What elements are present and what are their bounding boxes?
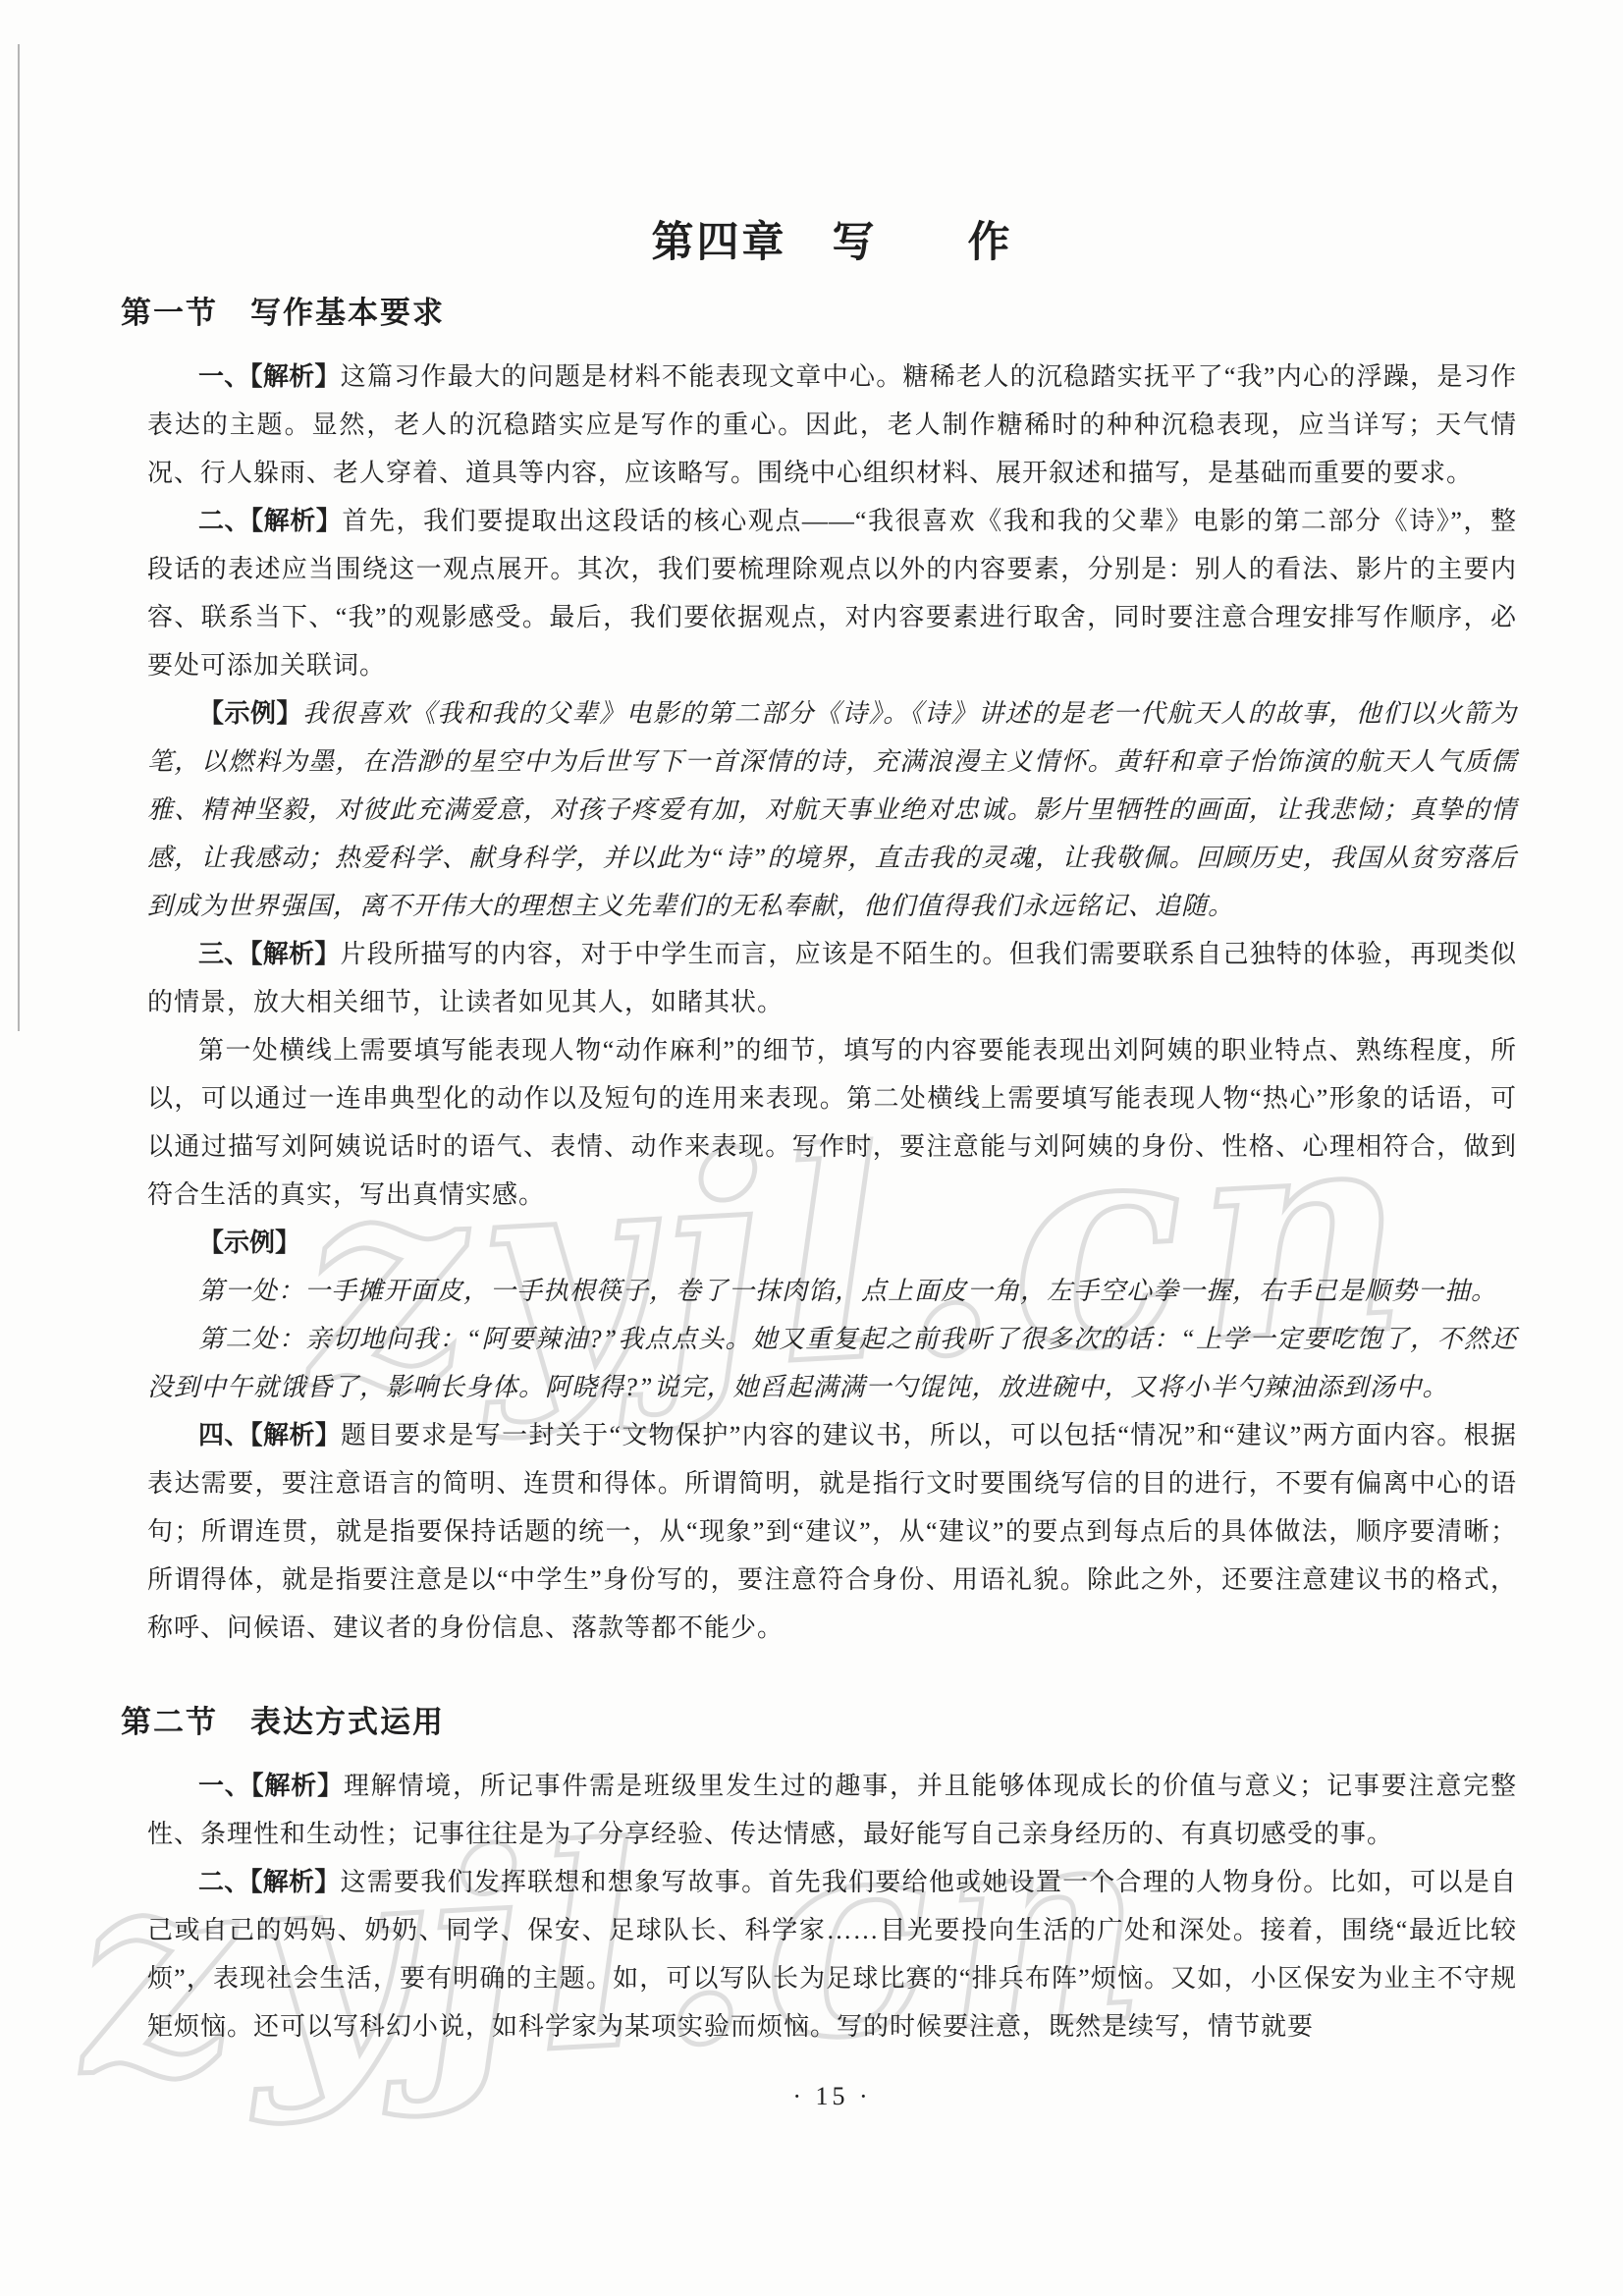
paragraph-analysis-1: 一、【解析】这篇习作最大的问题是材料不能表现文章中心。糖稀老人的沉稳踏实抚平了“… [147,353,1517,497]
paragraph-text: 第一处：一手摊开面皮，一手执根筷子，卷了一抹肉馅，点上面皮一角，左手空心拳一握，… [198,1277,1497,1305]
paragraph-text: 首先，我们要提取出这段话的核心观点——“我很喜欢《我和我的父辈》电影的第二部分《… [147,507,1517,680]
section-2-body: 一、【解析】理解情境，所记事件需是班级里发生过的趣事，并且能够体现成长的价值与意… [147,1762,1517,2050]
paragraph-analysis-1: 一、【解析】理解情境，所记事件需是班级里发生过的趣事，并且能够体现成长的价值与意… [147,1762,1517,1858]
scanned-page: zyjl.cn zyjl.cn 第四章 写 作 第一节 写作基本要求 一、【解析… [0,0,1623,2296]
paragraph-label: 一、【解析】 [198,361,341,391]
paragraph-example-heading: 【示例】 [147,1219,1517,1267]
paragraph-text: 题目要求是写一封关于“文物保护”内容的建议书，所以，可以包括“情况”和“建议”两… [147,1421,1517,1642]
paragraph-label: 四、【解析】 [198,1420,341,1449]
paragraph-analysis-3: 三、【解析】片段所描写的内容，对于中学生而言，应该是不陌生的。但我们需要联系自己… [147,930,1517,1026]
paragraph-text: 第二处：亲切地问我：“阿要辣油?”我点点头。她又重复起之前我听了很多次的话：“上… [147,1325,1517,1401]
paragraph-analysis-4: 四、【解析】题目要求是写一封关于“文物保护”内容的建议书，所以，可以包括“情况”… [147,1411,1517,1652]
paragraph-label: 一、【解析】 [198,1771,344,1800]
paragraph-example-essay: 【示例】我很喜欢《我和我的父辈》电影的第二部分《诗》。《诗》讲述的是老一代航天人… [147,689,1517,930]
paragraph-analysis-2: 二、【解析】首先，我们要提取出这段话的核心观点——“我很喜欢《我和我的父辈》电影… [147,497,1517,689]
page-number: · 15 · [147,2082,1517,2111]
paragraph-example-blank-2: 第二处：亲切地问我：“阿要辣油?”我点点头。她又重复起之前我听了很多次的话：“上… [147,1315,1517,1411]
paragraph-text: 理解情境，所记事件需是班级里发生过的趣事，并且能够体现成长的价值与意义；记事要注… [147,1772,1517,1848]
paragraph-label: 三、【解析】 [198,939,340,968]
paragraph-text: 第一处横线上需要填写能表现人物“动作麻利”的细节，填写的内容要能表现出刘阿姨的职… [147,1036,1517,1209]
paragraph-label: 【示例】 [198,698,302,728]
paragraph-analysis-2: 二、【解析】这需要我们发挥联想和想象写故事。首先我们要给他或她设置一个合理的人物… [147,1858,1517,2050]
paragraph-example-blank-1: 第一处：一手摊开面皮，一手执根筷子，卷了一抹肉馅，点上面皮一角，左手空心拳一握，… [147,1267,1517,1315]
paragraph-label: 二、【解析】 [198,506,342,535]
section-1-body: 一、【解析】这篇习作最大的问题是材料不能表现文章中心。糖稀老人的沉稳踏实抚平了“… [147,353,1517,1652]
paragraph-text: 这篇习作最大的问题是材料不能表现文章中心。糖稀老人的沉稳踏实抚平了“我”内心的浮… [147,362,1517,487]
paragraph-label: 二、【解析】 [198,1867,340,1896]
paragraph-label: 【示例】 [198,1228,300,1257]
section-heading-1: 第一节 写作基本要求 [121,296,1517,331]
paragraph-text: 这需要我们发挥联想和想象写故事。首先我们要给他或她设置一个合理的人物身份。比如，… [147,1868,1517,2041]
paragraph-analysis-3-cont: 第一处横线上需要填写能表现人物“动作麻利”的细节，填写的内容要能表现出刘阿姨的职… [147,1026,1517,1219]
paragraph-text: 我很喜欢《我和我的父辈》电影的第二部分《诗》。《诗》讲述的是老一代航天人的故事，… [147,699,1517,920]
chapter-title: 第四章 写 作 [147,220,1517,266]
page-content: 第四章 写 作 第一节 写作基本要求 一、【解析】这篇习作最大的问题是材料不能表… [0,220,1623,2111]
paragraph-text: 片段所描写的内容，对于中学生而言，应该是不陌生的。但我们需要联系自己独特的体验，… [147,940,1517,1016]
section-heading-2: 第二节 表达方式运用 [121,1705,1517,1740]
